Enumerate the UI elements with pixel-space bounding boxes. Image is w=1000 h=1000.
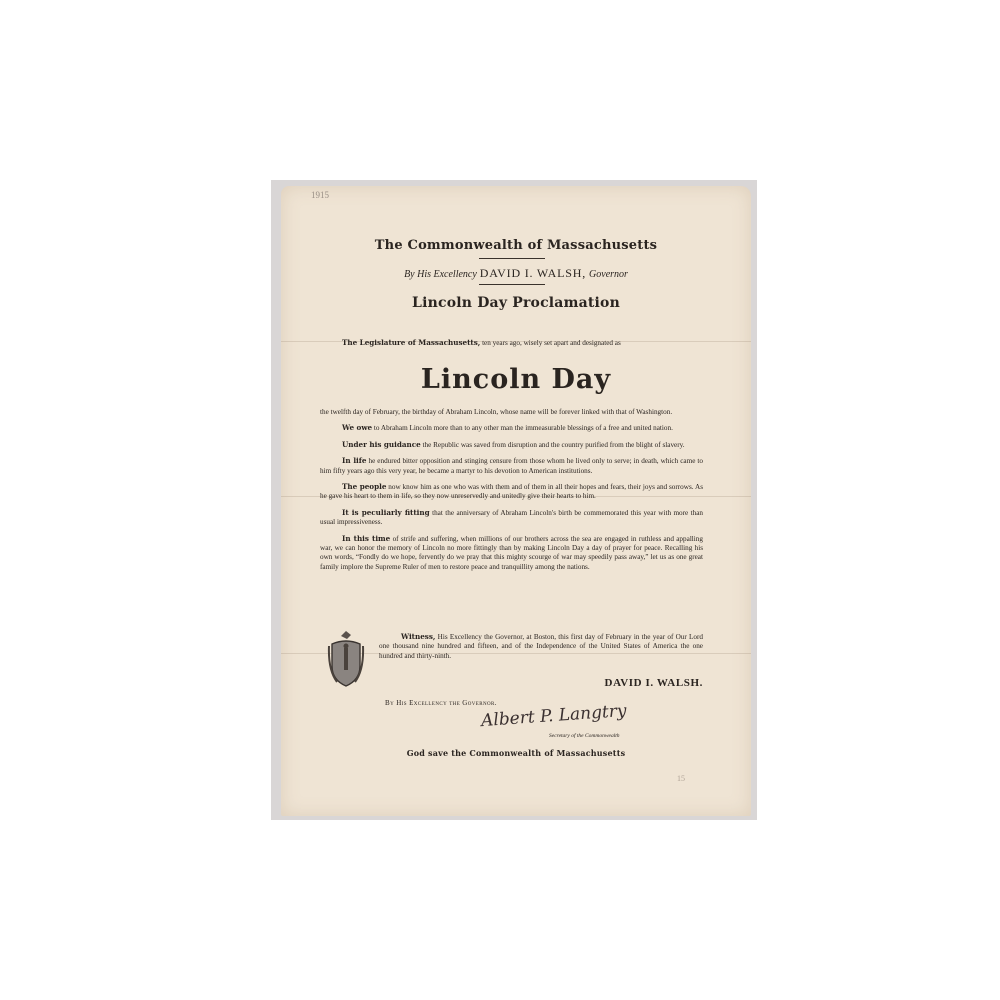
paragraph: It is peculiarly fitting that the annive… [320, 508, 703, 528]
intro-lead: The Legislature of Massachusetts, [342, 338, 480, 347]
paragraph: We owe to Abraham Lincoln more than to a… [320, 423, 703, 433]
witness-paragraph: Witness, His Excellency the Governor, at… [379, 632, 703, 661]
proclamation-title: Lincoln Day Proclamation [281, 295, 751, 311]
pencil-annotation: 1915 [311, 190, 329, 200]
witness-lead: Witness, [401, 632, 435, 641]
by-governor-line: By His Excellency the Governor. [385, 699, 497, 707]
pencil-annotation: 15 [677, 774, 685, 783]
divider [479, 284, 545, 285]
divider [479, 258, 545, 259]
commonwealth-heading: The Commonwealth of Massachusetts [281, 238, 751, 253]
paragraph: The people now know him as one who was w… [320, 482, 703, 502]
by-his-excellency: By His Excellency [404, 269, 477, 280]
closing-line: God save the Commonwealth of Massachuset… [281, 748, 751, 758]
intro-paragraph: The Legislature of Massachusetts, ten ye… [320, 338, 703, 348]
paragraph: the twelfth day of February, the birthda… [320, 408, 703, 417]
governor-line: By His Excellency DAVID I. WALSH, Govern… [281, 266, 751, 281]
intro-text: ten years ago, wisely set apart and desi… [480, 339, 621, 347]
proclamation-page: 1915 The Commonwealth of Massachusetts B… [281, 186, 751, 816]
paragraph: In this time of strife and suffering, wh… [320, 534, 703, 573]
secretary-title: Secretary of the Commonwealth [549, 733, 620, 739]
paragraph: Under his guidance the Republic was save… [320, 440, 703, 450]
paragraph: In life he endured bitter opposition and… [320, 456, 703, 476]
massachusetts-seal-icon [327, 630, 365, 688]
governor-name: DAVID I. WALSH, [480, 266, 586, 280]
governor-title: Governor [589, 269, 628, 280]
proclamation-body: the twelfth day of February, the birthda… [320, 408, 703, 572]
signature: Albert P. Langtry [480, 701, 627, 731]
lincoln-day-title: Lincoln Day [281, 364, 751, 395]
signed-name: DAVID I. WALSH. [605, 677, 703, 689]
